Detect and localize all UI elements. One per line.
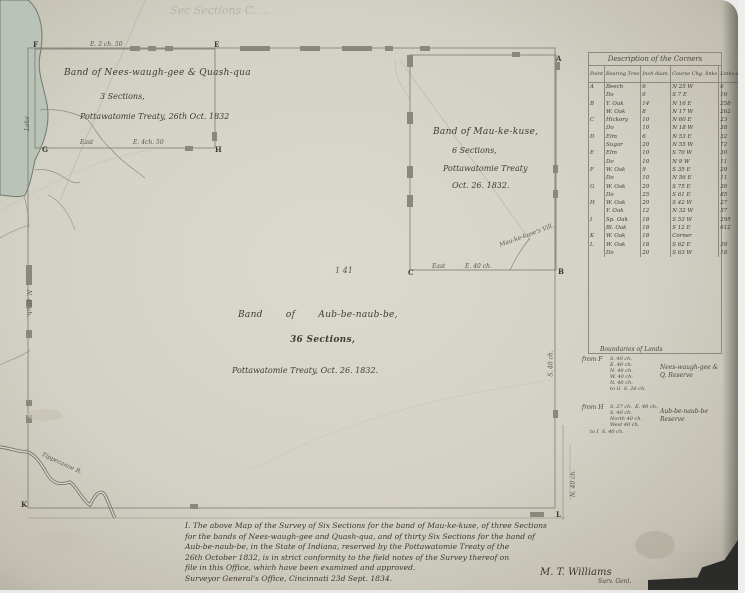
- table-cell: H: [589, 199, 605, 207]
- table-cell: S 63 W: [671, 249, 719, 257]
- stream-3: [48, 195, 75, 230]
- table-cell: K: [589, 232, 605, 240]
- boundaries-title: Boundaries of Lands: [600, 346, 663, 354]
- cert-line: for the bands of Nees-waugh-gee and Quas…: [185, 532, 605, 543]
- table-cell: N 17 W: [671, 108, 719, 116]
- tract-2-name: Band of Mau-ke-kuse,: [433, 127, 538, 137]
- table-row: Y. Oak12N 32 W37: [589, 207, 738, 215]
- table-cell: 20: [641, 141, 671, 149]
- table-cell: [589, 224, 605, 232]
- table-cell: S 75 E: [671, 183, 719, 191]
- table-row: Do25S 61 E85: [589, 191, 738, 199]
- table-cell: W. Oak: [605, 166, 641, 174]
- table-cell: E: [589, 149, 605, 157]
- pencil-note: Sec Sections C. ...: [170, 4, 270, 17]
- table-cell: [589, 174, 605, 182]
- header-course: Course Chg. links: [671, 66, 719, 83]
- signature-title: Surv. Genl.: [598, 578, 631, 585]
- mk-south-line-chain: E. 40 ch.: [465, 263, 492, 270]
- table-cell: G: [589, 183, 605, 191]
- table-row: Sugar20N 55 W72: [589, 141, 738, 149]
- table-cell: Sp. Oak: [605, 216, 641, 224]
- table-cell: W. Oak: [605, 232, 641, 240]
- tract-3-name: Band of Aub-be-naub-be,: [238, 310, 398, 320]
- table-cell: 25: [641, 191, 671, 199]
- table-cell: S 61 E: [671, 191, 719, 199]
- table-row: Do10N 9 W11: [589, 158, 738, 166]
- table-cell: N 9 W: [671, 158, 719, 166]
- table-cell: L: [589, 241, 605, 249]
- lake-label: Lake: [24, 116, 31, 131]
- table-row: DElm6N 53 E32: [589, 133, 738, 141]
- map-sheet: Sec Sections C. ... F E G H A B C K L E.…: [0, 0, 738, 590]
- table-row: Do10N 18 W38: [589, 124, 738, 132]
- table-cell: S 62 E: [671, 241, 719, 249]
- table-row: EElm10S 70 W30: [589, 149, 738, 157]
- cert-line: 26th October 1832, is in strict conformi…: [185, 553, 605, 564]
- corner-description-table: Description of the Corners Point Bearing…: [588, 52, 722, 354]
- table-cell: Do: [605, 249, 641, 257]
- table-cell: A: [589, 83, 605, 92]
- corner-label-l: L: [556, 510, 561, 519]
- tract-1-treaty: Pottawatomie Treaty, 26th Oct. 1832: [80, 112, 229, 121]
- boundaries-group1-from: from F: [582, 356, 602, 364]
- table-cell: [589, 124, 605, 132]
- tract-2-treaty: Pottawatomie Treaty: [443, 164, 528, 173]
- table-cell: 10: [641, 158, 671, 166]
- table-cell: N 53 E: [671, 133, 719, 141]
- east-right-note: N. 40 ch.: [570, 470, 577, 497]
- table-cell: 18: [641, 241, 671, 249]
- table-cell: Beech: [605, 83, 641, 92]
- mau-ke-kuse-boundary: [410, 55, 556, 270]
- east-line-note: S. 40 ch.: [548, 350, 555, 376]
- table-cell: [589, 91, 605, 99]
- table-cell: D: [589, 133, 605, 141]
- table-cell: 10: [641, 174, 671, 182]
- table-row: Do10N 56 E11: [589, 174, 738, 182]
- boundaries-group2-lines: S. 27 ch. E. 40 ch.S. 40 ch.North 40 ch.…: [610, 404, 658, 428]
- table-cell: Corner: [671, 232, 719, 240]
- table-cell: N 32 W: [671, 207, 719, 215]
- lake-shape: [0, 0, 48, 197]
- tract-2-date: Oct. 26. 1832.: [452, 181, 510, 190]
- corner-label-b: B: [558, 267, 564, 276]
- corner-label-k: K: [21, 500, 27, 509]
- table-cell: N 60 E: [671, 116, 719, 124]
- table-cell: Do: [605, 91, 641, 99]
- table-cell: Do: [605, 158, 641, 166]
- corner-label-a: A: [556, 54, 561, 63]
- corner-label-h: H: [215, 145, 222, 154]
- table-cell: 6: [641, 83, 671, 92]
- table-cell: 8: [641, 108, 671, 116]
- table-cell: S 53 W: [671, 216, 719, 224]
- table-header-row: Point Bearing Tree Inch diam. Course Chg…: [589, 66, 738, 83]
- table-row: GW. Oak20S 75 E30: [589, 183, 738, 191]
- boundaries-group1-lines: S. 40 ch.E. 40 ch.N. 40 ch.W. 40 ch.N. 4…: [610, 356, 646, 392]
- boundary-line: to G S. 26 ch.: [610, 386, 646, 392]
- table-row: BY. Oak14N 16 E258: [589, 100, 738, 108]
- table-cell: S 70 W: [671, 149, 719, 157]
- boundaries-group2-to: to I S. 40 ch.: [590, 428, 624, 436]
- table-row: W. Oak8N 17 W262: [589, 108, 738, 116]
- table-cell: 12: [641, 207, 671, 215]
- table-cell: N 56 E: [671, 174, 719, 182]
- table-cell: Do: [605, 191, 641, 199]
- header-bearing-tree: Bearing Tree: [605, 66, 641, 83]
- table-row: KW. Oak18Corner: [589, 232, 738, 240]
- table-cell: N 16 E: [671, 100, 719, 108]
- table-cell: 10: [641, 149, 671, 157]
- table-cell: 6: [641, 91, 671, 99]
- table-cell: Do: [605, 174, 641, 182]
- table-cell: Elm: [605, 149, 641, 157]
- west-line-note: N. 40 ch.: [25, 290, 32, 317]
- tract-3-treaty: Pottawatomie Treaty, Oct. 26. 1832.: [232, 366, 378, 375]
- table-cell: Sugar: [605, 141, 641, 149]
- cert-line: I. The above Map of the Survey of Six Se…: [185, 521, 605, 532]
- table-row: ISp. Oak18S 53 W295: [589, 216, 738, 224]
- table-cell: C: [589, 116, 605, 124]
- table-row: LW. Oak18S 62 E39: [589, 241, 738, 249]
- table-cell: 20: [641, 249, 671, 257]
- table-cell: N 25 W: [671, 83, 719, 92]
- table-cell: S 7 E: [671, 91, 719, 99]
- table-cell: I: [589, 216, 605, 224]
- table-cell: W. Oak: [605, 199, 641, 207]
- stream-4: [0, 225, 30, 238]
- cert-line: Aub-be-naub-be, in the State of Indiana,…: [185, 542, 605, 553]
- table-cell: 14: [641, 100, 671, 108]
- header-point: Point: [589, 66, 605, 83]
- table-cell: [589, 249, 605, 257]
- pencil-marks: 1 41: [335, 266, 353, 275]
- header-diam: Inch diam.: [641, 66, 671, 83]
- corner-label-g: G: [42, 145, 48, 154]
- tract-1-sections: 3 Sections,: [100, 92, 145, 101]
- table-cell: Elm: [605, 133, 641, 141]
- table-cell: [589, 141, 605, 149]
- table-cell: Do: [605, 124, 641, 132]
- table-cell: [589, 158, 605, 166]
- table-cell: 18: [641, 216, 671, 224]
- table-cell: Y. Oak: [605, 207, 641, 215]
- table-row: FW. Oak9S 35 E29: [589, 166, 738, 174]
- mk-south-line-label: East: [432, 263, 445, 270]
- table-cell: 20: [641, 183, 671, 191]
- table-cell: S 42 W: [671, 199, 719, 207]
- table-cell: B: [589, 100, 605, 108]
- tract-2-sections: 6 Sections,: [452, 146, 497, 155]
- table-row: ABeech6N 25 W6: [589, 83, 738, 92]
- table-cell: W. Oak: [605, 183, 641, 191]
- table-title: Description of the Corners: [589, 53, 721, 66]
- table-cell: S 12 E: [671, 224, 719, 232]
- stream-5: [0, 350, 30, 365]
- tract-1-name: Band of Nees-waugh-gee & Quash-qua: [64, 68, 251, 78]
- nw-south-line-chain: E. 4ch. 50: [133, 139, 164, 146]
- boundaries-group1-label: Nees-waugh-gee & Q. Reserve: [660, 364, 720, 380]
- boundaries-group2-from: from H: [582, 404, 604, 412]
- table-row: Do6S 7 E16: [589, 91, 738, 99]
- table-cell: 18: [641, 224, 671, 232]
- table-cell: N 18 W: [671, 124, 719, 132]
- table-cell: [589, 191, 605, 199]
- table-row: HW. Oak20S 42 W27: [589, 199, 738, 207]
- table-row: Bl. Oak18S 12 E612: [589, 224, 738, 232]
- table-cell: W. Oak: [605, 241, 641, 249]
- table-cell: N 55 W: [671, 141, 719, 149]
- boundaries-group2-label: Aub-be-naub-be Reserve: [660, 408, 720, 424]
- table-cell: 10: [641, 116, 671, 124]
- corner-label-f: F: [33, 40, 38, 49]
- corner-label-e: E: [214, 40, 219, 49]
- table-cell: 9: [641, 166, 671, 174]
- corner-label-c: C: [408, 268, 414, 277]
- table-cell: [589, 207, 605, 215]
- table-cell: Hickory: [605, 116, 641, 124]
- top-line-note: E. 2 ch. 50: [90, 41, 123, 48]
- table-row: Do20S 63 W18: [589, 249, 738, 257]
- table-cell: Y. Oak: [605, 100, 641, 108]
- table-cell: F: [589, 166, 605, 174]
- table-cell: 10: [641, 124, 671, 132]
- table-cell: 20: [641, 199, 671, 207]
- nw-south-line-label: East: [80, 139, 93, 146]
- table-cell: 6: [641, 133, 671, 141]
- signature: M. T. Williams: [540, 567, 612, 578]
- table-cell: [589, 108, 605, 116]
- table-cell: S 35 E: [671, 166, 719, 174]
- tract-3-sections: 36 Sections,: [290, 335, 355, 345]
- table-row: CHickory10N 60 E23: [589, 116, 738, 124]
- table-cell: W. Oak: [605, 108, 641, 116]
- table-cell: Bl. Oak: [605, 224, 641, 232]
- table-cell: 18: [641, 232, 671, 240]
